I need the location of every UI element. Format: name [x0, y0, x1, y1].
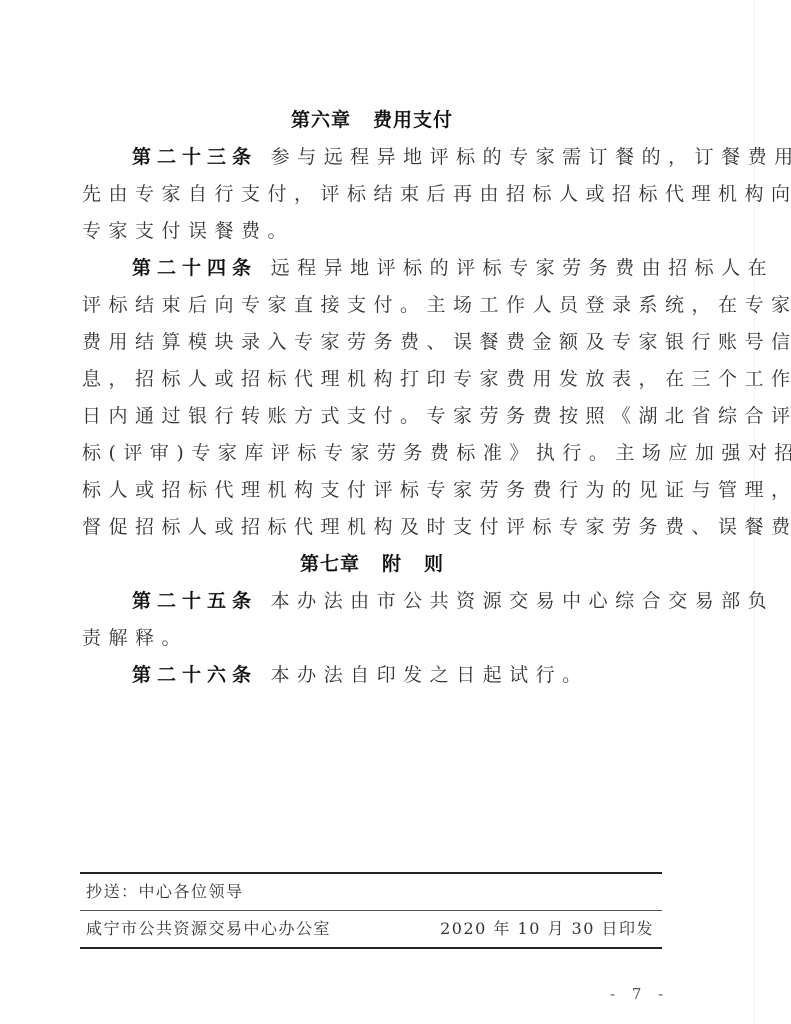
chapter-6-heading: 第六章费用支付 [82, 102, 662, 139]
article-24-text: 远程异地评标的评标专家劳务费由招标人在 [271, 257, 775, 279]
footer-issuer: 咸宁市公共资源交易中心办公室 [86, 911, 331, 947]
chapter-7-title-2: 则 [424, 553, 444, 575]
article-23-line-1: 第二十三条 参与远程异地评标的专家需订餐的，订餐费用 [82, 139, 662, 176]
article-25-label: 第二十五条 [132, 590, 257, 612]
article-23-text: 参与远程异地评标的专家需订餐的，订餐费用 [271, 146, 791, 168]
article-23: 第二十三条 参与远程异地评标的专家需订餐的，订餐费用 先由专家自行支付，评标结束… [82, 139, 662, 250]
chapter-7-heading: 第七章附则 [82, 546, 662, 583]
article-24-line-7: 标人或招标代理机构支付评标专家劳务费行为的见证与管理， [82, 472, 662, 509]
document-footer: 抄送：中心各位领导 咸宁市公共资源交易中心办公室 2020 年 10 月 30 … [80, 872, 662, 949]
article-25-line-2: 责解释。 [82, 620, 662, 657]
article-26-line-1: 第二十六条 本办法自印发之日起试行。 [82, 657, 662, 694]
article-24-line-5: 日内通过银行转账方式支付。专家劳务费按照《湖北省综合评 [82, 398, 662, 435]
page-number: - 7 - [610, 985, 669, 1003]
article-25-text: 本办法由市公共资源交易中心综合交易部负 [271, 590, 775, 612]
footer-issuer-row: 咸宁市公共资源交易中心办公室 2020 年 10 月 30 日印发 [80, 911, 662, 947]
article-24-line-2: 评标结束后向专家直接支付。主场工作人员登录系统，在专家 [82, 287, 662, 324]
article-24-line-8: 督促招标人或招标代理机构及时支付评标专家劳务费、误餐费。 [82, 509, 662, 546]
article-26-text: 本办法自印发之日起试行。 [271, 664, 589, 686]
footer-bottom-rule [80, 947, 662, 949]
article-26-label: 第二十六条 [132, 664, 257, 686]
article-23-line-3: 专家支付误餐费。 [82, 213, 662, 250]
chapter-6-number: 第六章 [291, 109, 351, 131]
article-26: 第二十六条 本办法自印发之日起试行。 [82, 657, 662, 694]
chapter-6-title: 费用支付 [373, 109, 453, 131]
article-24-line-6: 标(评审)专家库评标专家劳务费标准》执行。主场应加强对招 [82, 435, 662, 472]
chapter-7-title-1: 附 [382, 553, 402, 575]
footer-cc: 抄送：中心各位领导 [86, 874, 244, 910]
article-24: 第二十四条 远程异地评标的评标专家劳务费由招标人在 评标结束后向专家直接支付。主… [82, 250, 662, 546]
article-25-line-1: 第二十五条 本办法由市公共资源交易中心综合交易部负 [82, 583, 662, 620]
article-24-line-4: 息，招标人或招标代理机构打印专家费用发放表，在三个工作 [82, 361, 662, 398]
document-page: 第六章费用支付 第二十三条 参与远程异地评标的专家需订餐的，订餐费用 先由专家自… [82, 102, 662, 694]
article-25: 第二十五条 本办法由市公共资源交易中心综合交易部负 责解释。 [82, 583, 662, 657]
article-24-label: 第二十四条 [132, 257, 257, 279]
article-24-line-3: 费用结算模块录入专家劳务费、误餐费金额及专家银行账号信 [82, 324, 662, 361]
footer-cc-row: 抄送：中心各位领导 [80, 874, 662, 910]
chapter-7-number: 第七章 [300, 553, 360, 575]
article-23-line-2: 先由专家自行支付，评标结束后再由招标人或招标代理机构向 [82, 176, 662, 213]
footer-date: 2020 年 10 月 30 日印发 [440, 911, 654, 947]
article-24-line-1: 第二十四条 远程异地评标的评标专家劳务费由招标人在 [82, 250, 662, 287]
article-23-label: 第二十三条 [132, 146, 257, 168]
